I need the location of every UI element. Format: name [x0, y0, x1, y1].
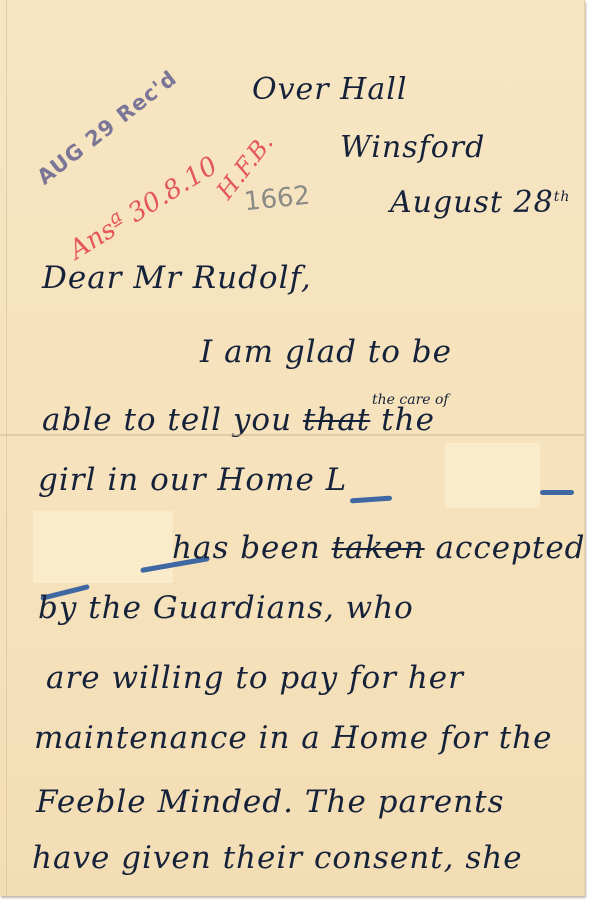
- body-line-7: maintenance in a Home for the: [34, 720, 552, 756]
- salutation: Dear Mr Rudolf,: [42, 260, 312, 296]
- body-line-8: Feeble Minded. The parents: [36, 784, 505, 820]
- body-line-5: by the Guardians, who: [38, 590, 414, 626]
- blue-pencil-mark: [540, 490, 574, 495]
- body-line-4-text-b: accepted: [435, 530, 585, 566]
- date-text: August 28: [390, 185, 554, 220]
- answered-note: Ansª 30.8.10: [64, 151, 223, 266]
- body-line-2-text-b: the: [381, 402, 435, 438]
- redaction-block-2: [33, 511, 173, 583]
- received-stamp: AUG 29 Rec'd: [33, 66, 182, 190]
- body-line-4-text-a: has been: [172, 530, 321, 566]
- body-line-1: I am glad to be: [200, 334, 452, 370]
- body-line-4-struck-word: taken: [332, 530, 425, 566]
- address-line-1: Over Hall: [252, 72, 407, 107]
- date-suffix: th: [554, 189, 571, 205]
- letter-page: AUG 29 Rec'd Ansª 30.8.10 H.F.B. 1662 Ov…: [0, 0, 585, 896]
- address-line-2: Winsford: [340, 130, 485, 165]
- pencil-reference-number: 1662: [243, 181, 312, 218]
- body-line-9: have given their consent, she: [32, 840, 523, 876]
- body-line-2-struck-word: that: [303, 402, 370, 438]
- body-line-2: able to tell you that the: [42, 402, 435, 438]
- body-line-6: are willing to pay for her: [46, 660, 464, 696]
- letter-date: August 28th: [390, 185, 570, 220]
- body-line-3: girl in our Home L: [38, 462, 347, 498]
- body-line-2-text-a: able to tell you: [42, 402, 292, 438]
- blue-pencil-mark: [350, 496, 392, 504]
- body-line-4: has been taken accepted: [172, 530, 586, 566]
- redaction-block-1: [445, 443, 540, 508]
